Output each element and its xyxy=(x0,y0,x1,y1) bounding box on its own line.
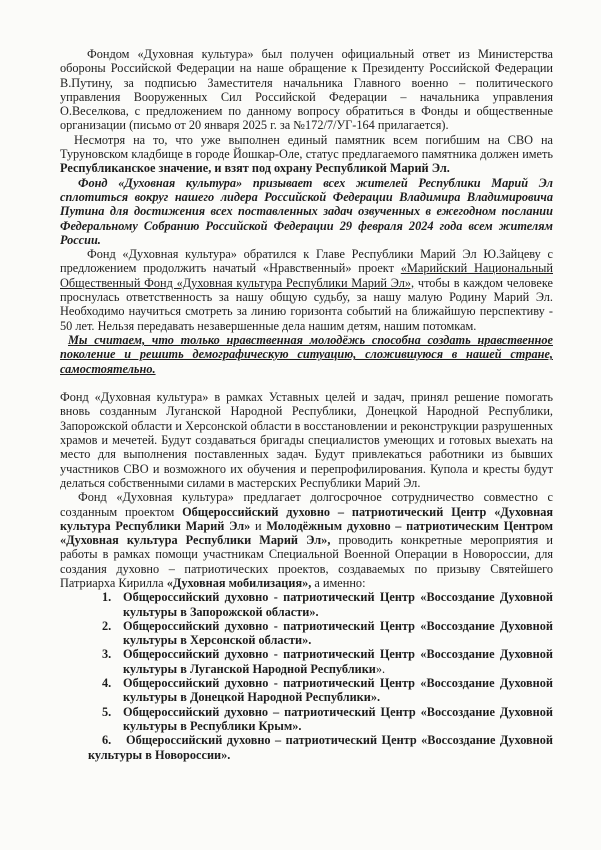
text-run: ». xyxy=(376,662,385,676)
text-run: Общероссийский духовно - патриотический … xyxy=(123,590,553,618)
paragraph: Фонд «Духовная культура» обратился к Гла… xyxy=(60,247,553,333)
paragraph: Фонд «Духовная культура» призывает всех … xyxy=(60,176,553,247)
paragraph: Мы считаем, что только нравственная моло… xyxy=(60,333,553,376)
list-item: 3.Общероссийский духовно - патриотически… xyxy=(123,647,553,676)
list-item: 4.Общероссийский духовно - патриотически… xyxy=(123,676,553,705)
list-item: 6.Общероссийский духовно – патриотически… xyxy=(88,733,553,762)
text-run: «Духовная мобилизация», xyxy=(167,576,312,590)
text-run: Мы считаем, что только нравственная моло… xyxy=(60,333,553,376)
list-item: 1.Общероссийский духовно - патриотически… xyxy=(123,590,553,619)
text-run: Республиканское значение, и взят под охр… xyxy=(60,161,450,175)
list-item: 5.Общероссийский духовно – патриотически… xyxy=(123,705,553,734)
document-body: Фондом «Духовная культура» был получен о… xyxy=(60,47,553,762)
text-run: Общероссийский духовно - патриотический … xyxy=(123,676,553,704)
text-run: Фонд «Духовная культура» в рамках Уставн… xyxy=(60,390,553,490)
text-run: а именно: xyxy=(311,576,365,590)
text-run: Общероссийский духовно – патриотический … xyxy=(88,733,553,761)
list-number: 2. xyxy=(102,619,123,633)
text-run: Фондом «Духовная культура» был получен о… xyxy=(60,47,553,132)
list-number: 5. xyxy=(102,705,123,719)
text-run: Общероссийский духовно – патриотический … xyxy=(123,705,553,733)
paragraph: Фонд «Духовная культура» предлагает долг… xyxy=(60,490,553,590)
list-item: 2.Общероссийский духовно - патриотически… xyxy=(123,619,553,648)
document-page: Фондом «Духовная культура» был получен о… xyxy=(0,0,601,850)
list-number: 1. xyxy=(102,590,123,604)
paragraph: Фондом «Духовная культура» был получен о… xyxy=(60,47,553,133)
list-number: 4. xyxy=(102,676,123,690)
blank-line xyxy=(60,376,553,390)
text-run: Общероссийский духовно - патриотический … xyxy=(123,619,553,647)
text-run: Общероссийский духовно - патриотический … xyxy=(123,647,553,675)
text-run: и xyxy=(250,519,266,533)
list-number: 3. xyxy=(102,647,123,661)
list-number: 6. xyxy=(102,733,126,747)
text-run: Несмотря на то, что уже выполнен единый … xyxy=(60,133,553,161)
paragraph: Фонд «Духовная культура» в рамках Уставн… xyxy=(60,390,553,490)
text-run: Фонд «Духовная культура» призывает всех … xyxy=(60,176,553,247)
paragraph: Несмотря на то, что уже выполнен единый … xyxy=(60,133,553,176)
